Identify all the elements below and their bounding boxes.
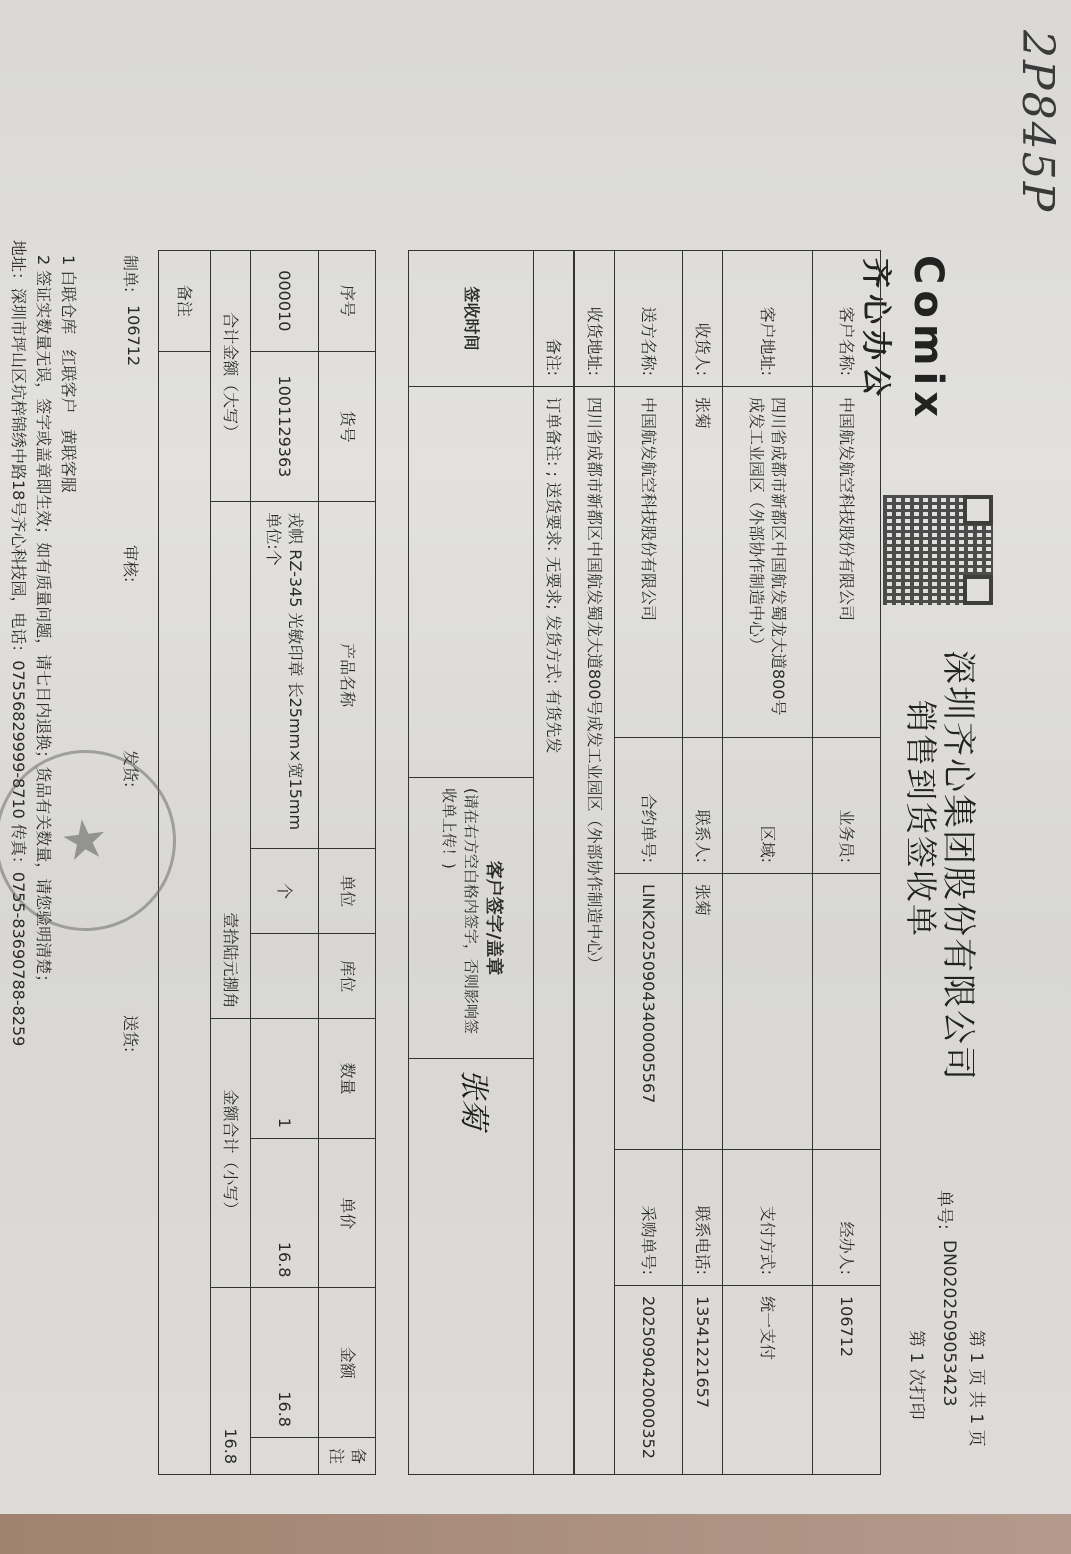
customer-address-label: 客户地址: (723, 251, 813, 387)
sign-table: 备注: 订单备注: ; 送货要求: 无要求; 发货方式: 有货先发 签收时间 客… (408, 250, 574, 1475)
purchase-label: 采购单号: (615, 1150, 683, 1286)
customer-address: 四川省成都市新都区中国航发蜀龙大道800号成发工业园区（外部协作制造中心） (723, 387, 813, 738)
region (723, 874, 813, 1150)
maker: 106712 (124, 305, 143, 366)
company-address: 地址：深圳市坪山区坑梓锦绣中路18号齐心科技园，电话：07556829999-8… (8, 240, 31, 1046)
handler-label: 经办人: (813, 1150, 881, 1286)
salesperson (813, 874, 881, 1150)
document-title: 销售到货签收单 (900, 700, 946, 938)
maker-label: 制单: (120, 255, 143, 292)
col-unit: 单位 (319, 848, 376, 933)
region-label: 区域: (723, 738, 813, 874)
order-remark: 订单备注: ; 送货要求: 无要求; 发货方式: 有货先发 (534, 387, 574, 1475)
col-amount: 金额 (319, 1288, 376, 1438)
row-unit: 个 (251, 848, 319, 933)
customer-signature: 张菊 (456, 1069, 491, 1129)
contact-label: 联系人: (683, 738, 723, 874)
table-surface-edge (0, 1514, 1071, 1554)
doc-number-label: 单号: (934, 1190, 959, 1230)
sign-time-field[interactable] (409, 387, 534, 778)
copy-distribution-note: 1 白联仓库 红联客户 黄联客服 (58, 255, 81, 493)
col-seq: 序号 (319, 251, 376, 352)
row-location (251, 934, 319, 1019)
row-product-name: 戎帜 RZ-345 光敏印章 长25mm×宽15mm 单位:个 (251, 502, 319, 849)
contract-label: 合约单号: (615, 738, 683, 874)
col-qty: 数量 (319, 1019, 376, 1139)
delivery-address-label: 收货地址: (575, 251, 615, 387)
col-location: 库位 (319, 934, 376, 1019)
purchase-number: 2025090420000352 (615, 1286, 683, 1475)
payment-label: 支付方式: (723, 1150, 813, 1286)
deliverer-label: 送货: (120, 1015, 143, 1052)
remark-label: 备注: (534, 251, 574, 387)
col-product-name: 产品名称 (319, 502, 376, 849)
delivery-receipt-page: 2P845P Comix 齐心办公 深圳齐心集团股份有限公司 销售到货签收单 第… (0, 0, 1071, 1554)
page-info: 第 1 页 共 1 页 (966, 1330, 991, 1447)
row-seq: 000010 (251, 251, 319, 352)
table-row: 000010 1001129363 戎帜 RZ-345 光敏印章 长25mm×宽… (251, 251, 319, 1475)
sign-time-label: 签收时间 (409, 251, 534, 387)
items-remark (159, 351, 211, 1474)
reviewer-label: 审核: (120, 545, 143, 582)
comix-logo: Comix (905, 255, 951, 423)
row-sku: 1001129363 (251, 351, 319, 502)
contact: 张菊 (683, 874, 723, 1150)
col-remark: 备注 (319, 1437, 376, 1474)
phone: 13541221657 (683, 1286, 723, 1475)
total-lower-label: 金额合计（小写） (211, 1019, 251, 1288)
print-count: 第 1 次打印 (906, 1330, 931, 1420)
payment-method: 统一支付 (723, 1286, 813, 1475)
terms-note: 2 签证实数量无误，签字或盖章即生效；如有质量问题，请七日内退换；货品有关数量，… (33, 255, 56, 990)
customer-name-label: 客户名称: (813, 251, 881, 387)
customer-name: 中国航发航空科技股份有限公司 (813, 387, 881, 738)
row-price: 16.8 (251, 1138, 319, 1287)
doc-number: DN0202509053423 (939, 1240, 959, 1406)
total-upper: 壹拾陆元捌角 (211, 502, 251, 1019)
consignee: 张菊 (683, 387, 723, 738)
total-upper-label: 合计金额（大写） (211, 251, 251, 502)
qr-code-icon (883, 495, 993, 605)
row-qty: 1 (251, 1019, 319, 1139)
customer-sign-hint: (请在右方空白格内签字，否则影响签收单上传！) (438, 788, 482, 1048)
signature-box[interactable]: 张菊 (409, 1059, 534, 1475)
items-remark-label: 备注 (159, 251, 211, 352)
customer-sign-label: 客户签字/盖章 (482, 788, 504, 1048)
total-lower: 16.8 (211, 1288, 251, 1475)
sender-label: 送方名称: (615, 251, 683, 387)
row-remark (251, 1437, 319, 1474)
sender: 中国航发航空科技股份有限公司 (615, 387, 683, 738)
items-table: 序号 货号 产品名称 单位 库位 数量 单价 金额 备注 000010 1001… (158, 250, 376, 1475)
phone-label: 联系电话: (683, 1150, 723, 1286)
col-sku: 货号 (319, 351, 376, 502)
items-header-row: 序号 货号 产品名称 单位 库位 数量 单价 金额 备注 (319, 251, 376, 1475)
row-amount: 16.8 (251, 1288, 319, 1438)
handwritten-note: 2P845P (1012, 30, 1063, 213)
handler: 106712 (813, 1286, 881, 1475)
customer-info-table: 客户名称: 中国航发航空科技股份有限公司 业务员: 经办人: 106712 客户… (574, 250, 881, 1475)
contract-number: LINK202509043400005567 (615, 874, 683, 1150)
delivery-address: 四川省成都市新都区中国航发蜀龙大道800号成发工业园区（外部协作制造中心） (575, 387, 615, 1475)
total-row: 合计金额（大写） 壹拾陆元捌角 金额合计（小写） 16.8 (211, 251, 251, 1475)
shipper-label: 发货: (120, 750, 143, 787)
salesperson-label: 业务员: (813, 738, 881, 874)
consignee-label: 收货人: (683, 251, 723, 387)
col-price: 单价 (319, 1138, 376, 1287)
